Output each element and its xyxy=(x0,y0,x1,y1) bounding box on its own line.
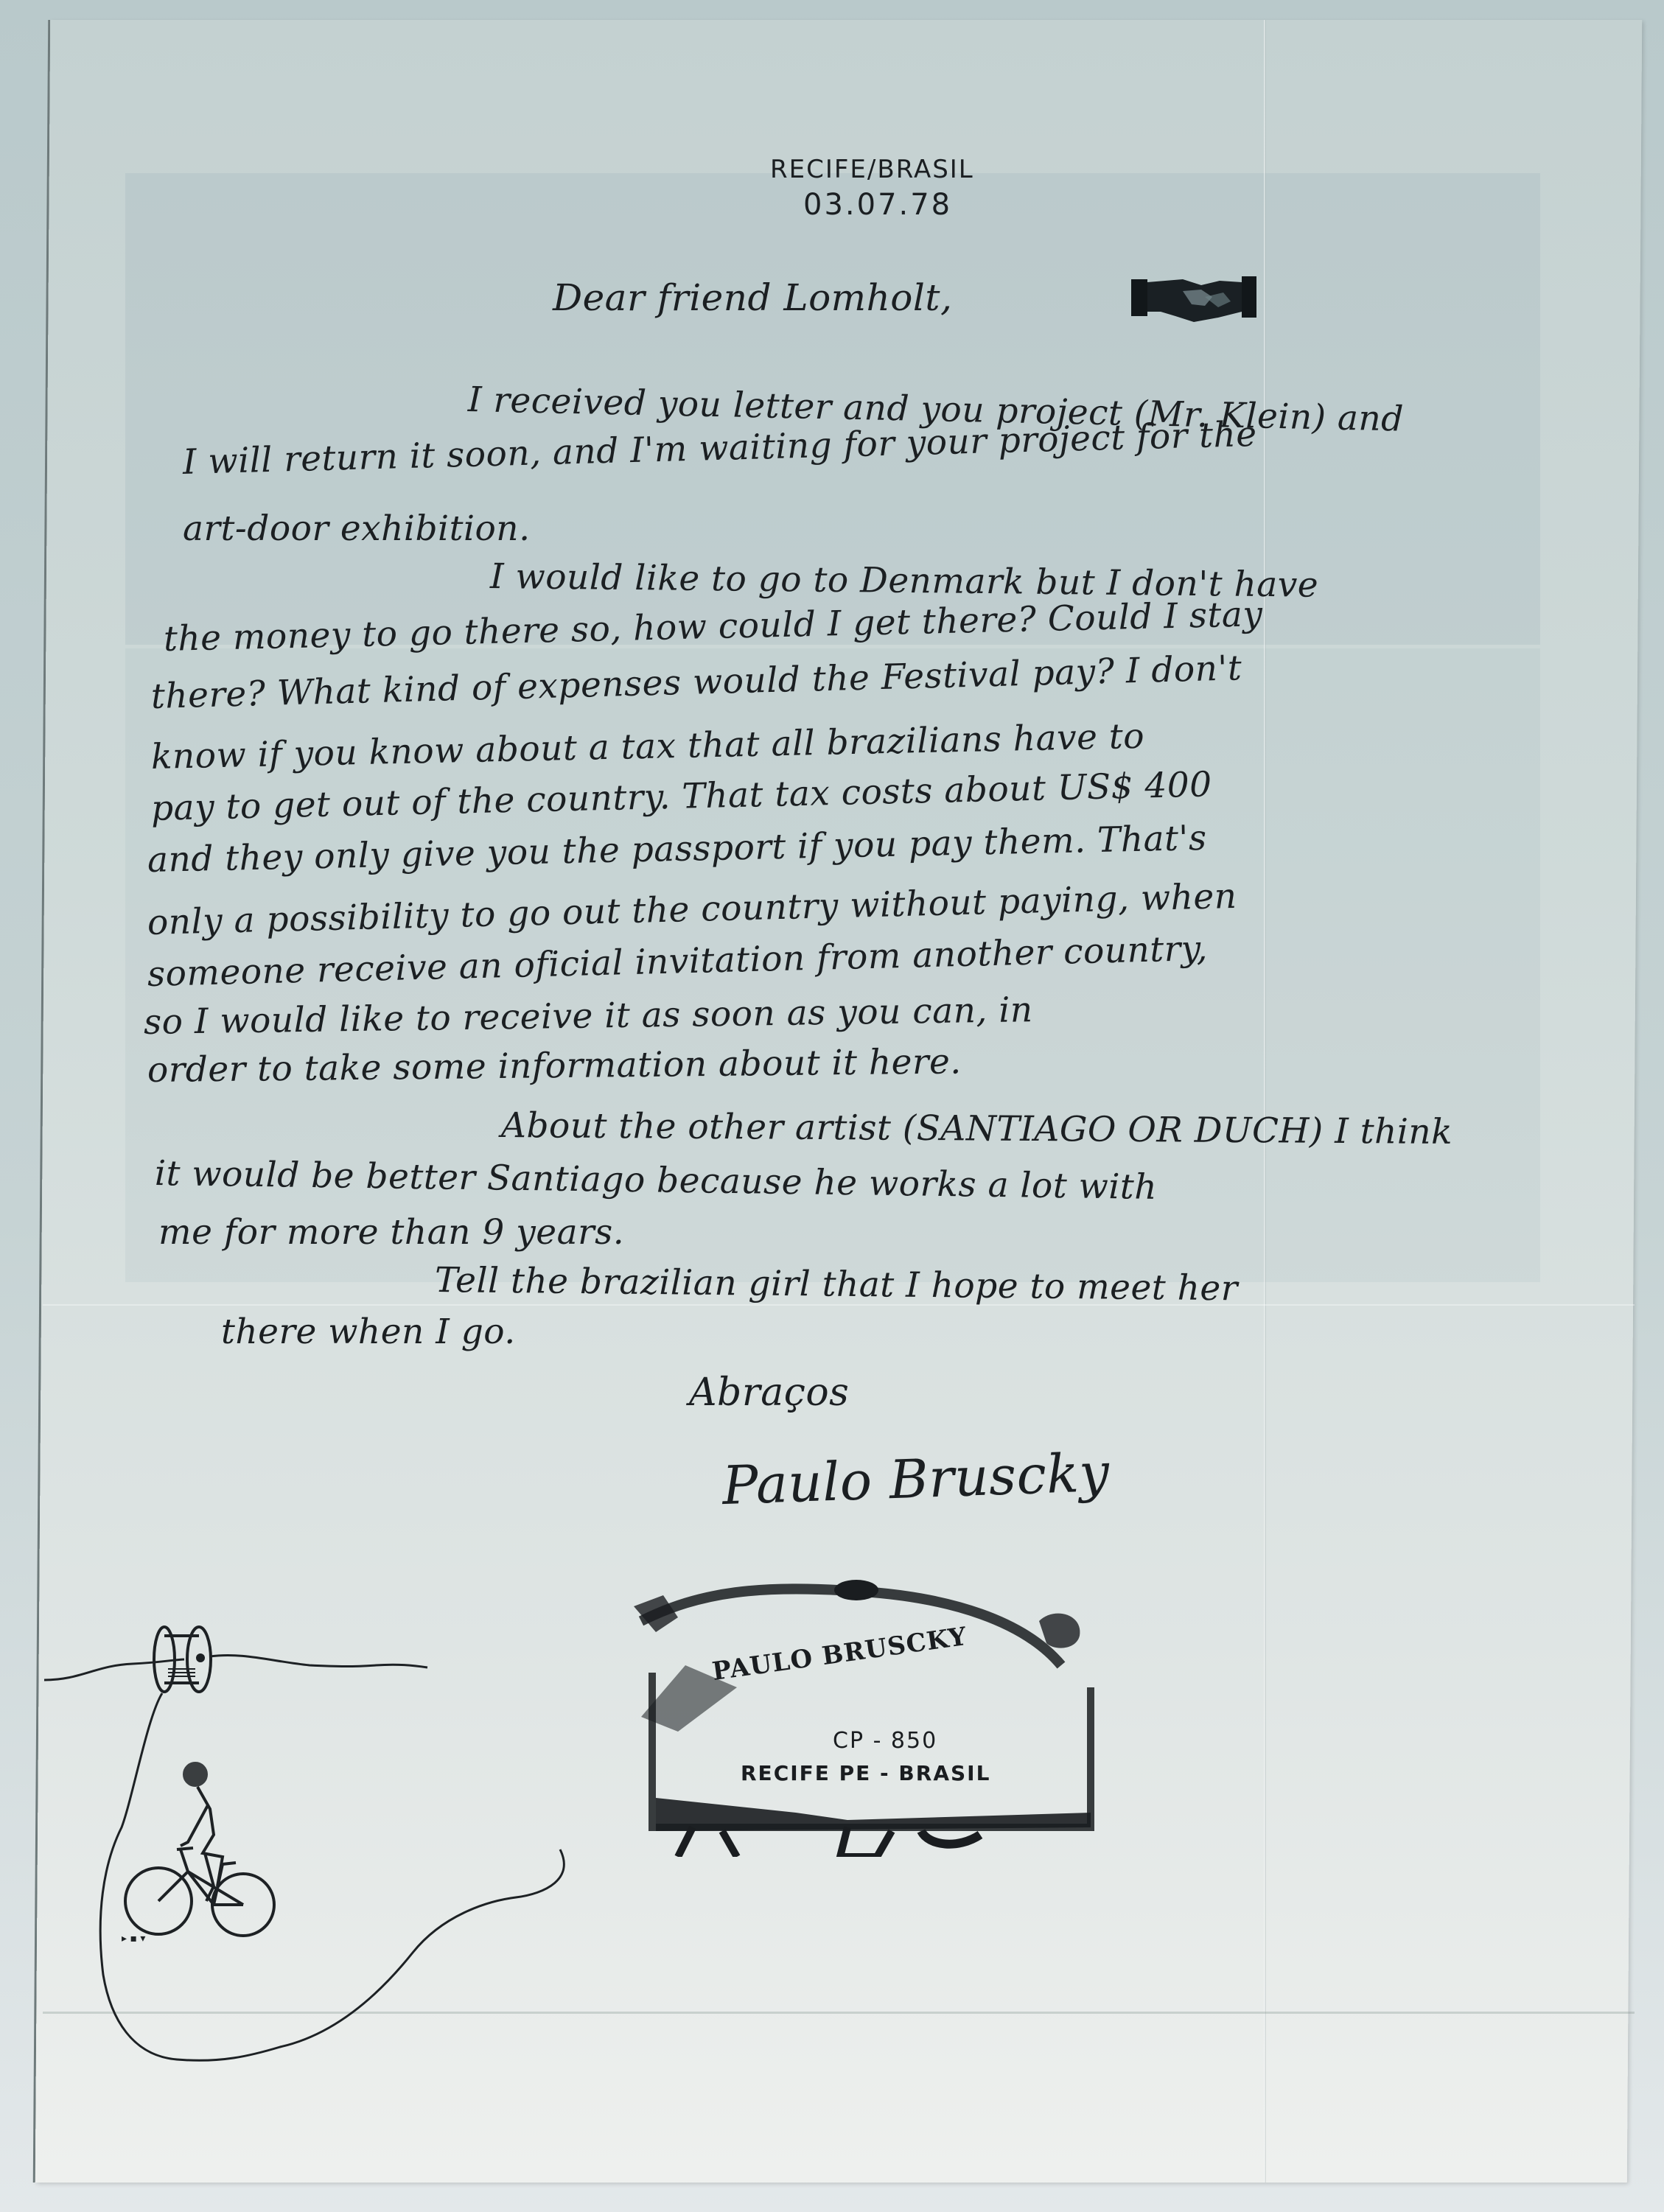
stamp-address: RECIFE PE - BRASIL xyxy=(741,1761,990,1785)
body-line: order to take some information about it … xyxy=(147,1041,962,1091)
thread-line xyxy=(44,1655,564,2060)
body-line: Tell the brazilian girl that I hope to m… xyxy=(435,1260,1238,1309)
salutation: Dear friend Lomholt, xyxy=(553,276,952,319)
handshake-icon xyxy=(1131,275,1256,323)
letter-date: 03.07.78 xyxy=(803,188,952,222)
body-line: me for more than 9 years. xyxy=(158,1212,624,1253)
body-line: About the other artist (SANTIAGO OR DUCH… xyxy=(501,1105,1453,1152)
fold-crease xyxy=(1264,20,1266,2183)
body-line: art-door exhibition. xyxy=(183,508,531,549)
stamp-po-box: CP - 850 xyxy=(833,1728,937,1754)
letter-place: RECIFE/BRASIL xyxy=(770,155,974,184)
svg-text:▸ ▪ ▾: ▸ ▪ ▾ xyxy=(122,1933,145,1945)
cyclist-icon xyxy=(125,1763,274,1936)
body-line: there when I go. xyxy=(221,1312,516,1352)
closing: Abraços xyxy=(689,1371,849,1415)
artist-stamp: PAULO BRUSCKY CP - 850 RECIFE PE - BRASI… xyxy=(612,1577,1142,1857)
stamp-frame-icon xyxy=(612,1577,1142,1857)
